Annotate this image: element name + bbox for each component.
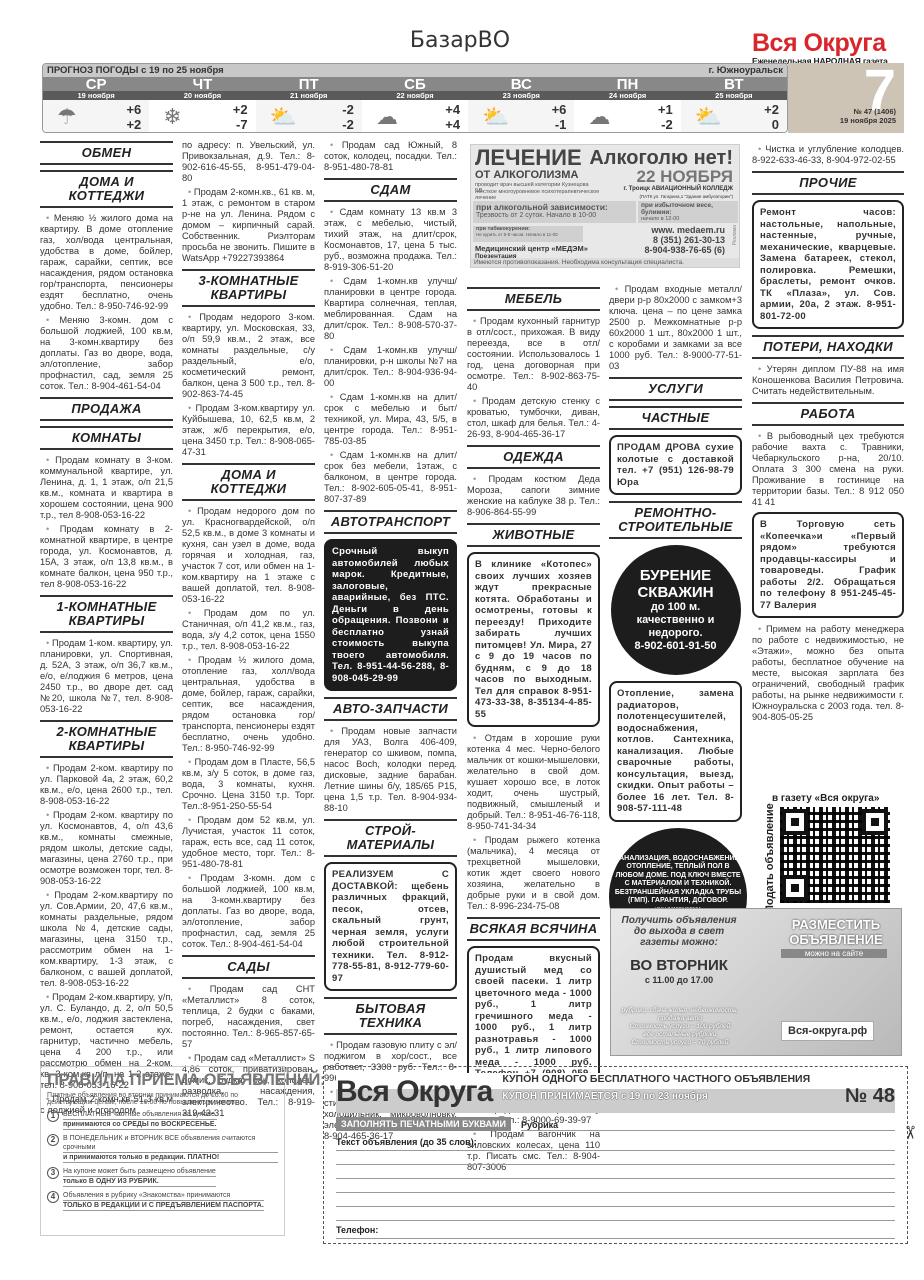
promo-prices: рубрики: сдача жилья, недвижимость, прод… xyxy=(615,1007,745,1047)
drilling-phone: 8-902-601-91-50 xyxy=(611,640,741,653)
weather-day: СБ 22 ноября ☁ +4+4 xyxy=(362,77,468,133)
date: 23 ноября xyxy=(468,91,574,100)
weather-day: ВТ 25 ноября ⛅ +20 xyxy=(681,77,787,133)
weather-day: ПН 24 ноября ☁ +1-2 xyxy=(574,77,680,133)
date: 25 ноября xyxy=(681,91,787,100)
brand-name: Вся Округа xyxy=(752,30,912,56)
rule-text: и принимаются только в редакции. ПЛАТНО! xyxy=(63,1153,278,1163)
classified-ad: Сдам 1-комн.кв улучш/планировки, р-н шко… xyxy=(324,345,457,389)
section-heading: ОБМЕН xyxy=(40,141,173,165)
column-2: по адресу: п. Увельский, ул. Привокзальн… xyxy=(182,140,315,1122)
smoking-text: Не курить от 6-8 часов. Начало в 11-00 xyxy=(476,232,580,237)
ad-box-vet-clinic: В клинике «Котопес» своих лучших хозяев … xyxy=(467,552,600,727)
weight-heading: при избыточном весе, булимии: xyxy=(641,202,735,216)
issue-number: № 47 (1406) xyxy=(788,107,896,116)
ad-box-heating: Отопление, замена радиаторов, полотенцес… xyxy=(609,681,742,822)
classified-ad: Продам сад Южный, 8 соток, колодец, поса… xyxy=(324,140,457,173)
weekday: ВС xyxy=(468,77,574,91)
section-heading: РЕМОНТНО-СТРОИТЕЛЬНЫЕ xyxy=(609,501,742,539)
ad-title: ЛЕЧЕНИЕ xyxy=(475,147,582,169)
section-heading: 2-КОМНАТНЫЕ КВАРТИРЫ xyxy=(40,720,173,758)
rule-text: принимаются со СРЕДЫ по ВОСКРЕСЕНЬЕ. xyxy=(63,1120,217,1130)
issue-date: 19 ноября 2025 xyxy=(788,116,896,125)
column-4: МЕБЕЛЬ Продам кухонный гарнитур в отл/со… xyxy=(467,282,600,1176)
rule-text: На купоне может быть размещено объявлени… xyxy=(63,1167,216,1177)
ad-rules-box: ПРАВИЛА ПРИЕМА ОБЪЯВЛЕНИЙ: Платные объяв… xyxy=(40,1066,285,1236)
temp-night: +4 xyxy=(445,117,460,132)
weather-day: ЧТ 20 ноября ❄ +2-7 xyxy=(149,77,255,133)
classified-ad: Продам детскую стенку с кроватью, тумбоч… xyxy=(467,396,600,440)
classified-ad: Продам дом по ул. Станичная, о/п 41,2 кв… xyxy=(182,608,315,652)
classified-ad: В рыбоводный цех требуются рабочие вахта… xyxy=(752,431,904,508)
weekday: СБ xyxy=(362,77,468,91)
classified-ad: Сдам комнату 13 кв.м 3 этаж, с мебелью, … xyxy=(324,207,457,273)
weather-day: СР 19 ноября ☂ +6+2 xyxy=(43,77,149,133)
promo-headline: РАЗМЕСТИТЬ ОБЪЯВЛЕНИЕ xyxy=(777,917,895,947)
weight-text: начало в 12-00 xyxy=(641,216,735,222)
qr-side-caption: Подать объявление xyxy=(764,801,776,913)
classified-ad: Продам рыжего котенка (мальчика), 4 меся… xyxy=(467,835,600,912)
promo-on-site: можно на сайте xyxy=(781,949,887,958)
alcohol-heading: при алкогольной зависимости: xyxy=(476,202,633,212)
promo-price-line: Стоимость услуги – 100 рублей xyxy=(615,1023,745,1031)
section-heading: ЧАСТНЫЕ xyxy=(609,406,742,430)
rules-intro: Платные объявления во вторник принимаютс… xyxy=(47,1092,278,1106)
section-heading: СДАМ xyxy=(324,178,457,202)
coupon-dates: КУПОН ПРИНИМАЕТСЯ с 19 по 23 ноября xyxy=(502,1091,707,1102)
column-6: Чистка и углубление колодцев. 8-922-633-… xyxy=(752,144,904,726)
plumbing-text: КАНАЛИЗАЦИЯ, ВОДОСНАБЖЕНИЕ, ОТОПЛЕНИЕ, Т… xyxy=(609,855,747,906)
ad-text-label: Текст объявления (до 35 слов): xyxy=(336,1137,477,1147)
classified-ad: Продам 1-ком. квартиру, ул. планировки, … xyxy=(40,638,173,715)
classified-ad: Продам 3-комн. дом с большой лоджией, 10… xyxy=(182,873,315,950)
phone-label: Телефон: xyxy=(336,1225,378,1235)
ad-mark: Реклама xyxy=(732,225,738,245)
rubric-label: Рубрика xyxy=(521,1120,558,1130)
date: 24 ноября xyxy=(574,91,680,100)
ad-box-firewood: ПРОДАМ ДРОВА сухие колотые с доставкой т… xyxy=(609,435,742,495)
section-heading: КОМНАТЫ xyxy=(40,426,173,450)
rule-text: ТОЛЬКО В РЕДАКЦИИ И С ПРЕДЪЯВЛЕНИЕМ ПАСП… xyxy=(63,1201,264,1211)
rule-number-icon: 3 xyxy=(47,1167,59,1179)
temp-day: +6 xyxy=(126,102,141,117)
classified-ad: Продам недорого 3-ком. квартиру, ул. Мос… xyxy=(182,312,315,400)
temp-day: +4 xyxy=(445,102,460,117)
cloud-rain-snow-icon: ❄ xyxy=(163,106,181,128)
classified-ad: Продам ½ жилого дома, отопление газ, хол… xyxy=(182,655,315,754)
ad-text-field[interactable]: Текст объявления (до 35 слов): xyxy=(336,1137,895,1151)
classified-ad: Продам кухонный гарнитур в отл/сост., пр… xyxy=(467,316,600,393)
free-ad-coupon[interactable]: Вся Округа КУПОН ОДНОГО БЕСПЛАТНОГО ЧАСТ… xyxy=(323,1066,908,1244)
section-heading: СТРОЙ-МАТЕРИАЛЫ xyxy=(324,819,457,857)
weekday: ПТ xyxy=(256,77,362,91)
weekday: СР xyxy=(43,77,149,91)
ad-subtitle: ОТ АЛКОГОЛИЗМА xyxy=(475,169,578,181)
classified-ad: Продам 2-ком. квартиру по ул. Космонавто… xyxy=(40,810,173,887)
temp-night: +2 xyxy=(126,117,141,132)
weather-forecast: ПРОГНОЗ ПОГОДЫ с 19 по 25 ноября г. Южно… xyxy=(42,63,788,133)
promo-price-line: все остальные рубрики xyxy=(615,1031,745,1039)
classified-ad: Отдам в хорошие руки котенка 4 мес. Черн… xyxy=(467,733,600,832)
coupon-title: КУПОН ОДНОГО БЕСПЛАТНОГО ЧАСТНОГО ОБЪЯВЛ… xyxy=(502,1073,895,1085)
section-heading: МЕБЕЛЬ xyxy=(467,287,600,311)
classified-ad: Примем на работу менеджера по работе с н… xyxy=(752,624,904,723)
section-heading: 1-КОМНАТНЫЕ КВАРТИРЫ xyxy=(40,595,173,633)
ad-box-car-buyout: Срочный выкуп автомобилей любых марок. К… xyxy=(324,539,457,691)
classified-ad: Меняю ½ жилого дома на квартиру. В доме … xyxy=(40,213,173,312)
promo-time: с 11.00 до 17.00 xyxy=(619,975,739,985)
classified-ad: Продам комнату в 2-комнатной квартире, в… xyxy=(40,524,173,590)
section-heading: САДЫ xyxy=(182,955,315,979)
ad-text-line[interactable] xyxy=(336,1179,895,1193)
ad-phone: 8-904-938-76-65 (6) xyxy=(644,245,725,255)
weekday: ВТ xyxy=(681,77,787,91)
drilling-text: до 100 м. качественно и недорого. xyxy=(611,601,741,640)
classified-ad: Продам дом в Пласте, 56,5 кв.м, з/у 5 со… xyxy=(182,757,315,812)
rule-item: 4 Объявления в рубрику «Знакомства» прин… xyxy=(47,1191,278,1211)
ad-phone: 8 (351) 261-30-13 xyxy=(644,235,725,245)
ad-continued: по адресу: п. Увельский, ул. Привокзальн… xyxy=(182,140,315,184)
ad-box-building-materials: РЕАЛИЗУЕМ С ДОСТАВКОЙ: щебень различных … xyxy=(324,862,457,991)
ad-box-job-stores: В Торговую сеть «Копеечка»и «Первый рядо… xyxy=(752,512,904,618)
ad-text-line[interactable] xyxy=(336,1207,895,1221)
qr-code-icon[interactable] xyxy=(780,807,890,903)
temp-night: -1 xyxy=(552,117,567,132)
ad-box-watch-repair: Ремонт часов: настольные, напольные, нас… xyxy=(752,200,904,329)
rule-text: БЕСПЛАТНЫЕ частные объявления на купоне xyxy=(63,1110,217,1120)
rule-item: 2 В ПОНЕДЕЛЬНИК и ВТОРНИК ВСЕ объявления… xyxy=(47,1134,278,1163)
qr-caption: в газету «Вся округа» xyxy=(772,793,879,804)
section-heading: ПРОЧИЕ xyxy=(752,171,904,195)
coupon-brand: Вся Округа xyxy=(336,1073,492,1111)
promo-day: ВО ВТОРНИК xyxy=(619,957,739,974)
weekday: ЧТ xyxy=(149,77,255,91)
temp-day: +2 xyxy=(764,102,779,117)
rule-text: В ПОНЕДЕЛЬНИК и ВТОРНИК ВСЕ объявления с… xyxy=(63,1134,278,1153)
weekday: ПН xyxy=(574,77,680,91)
temp-night: -2 xyxy=(342,117,354,132)
ad-site: www. medaem.ru xyxy=(644,225,725,235)
classified-ad: Сдам 1-комн.кв на длит/срок без мебели, … xyxy=(324,450,457,505)
cloudy-icon: ☁ xyxy=(588,106,610,128)
classified-ad: Продам 2-ком. квартиру по ул. Парковой 4… xyxy=(40,763,173,807)
weather-city: г. Южноуральск xyxy=(708,64,783,77)
partly-cloudy-icon: ⛅ xyxy=(270,106,297,128)
classified-ad: Продам 2-комн.кв., 61 кв. м, 1 этаж, с р… xyxy=(182,187,315,264)
ad-method: Жесткое многоуровневое психотерапевтичес… xyxy=(475,189,605,201)
promo-site-link[interactable]: Вся-округа.рф xyxy=(781,1021,874,1041)
classified-ad: Чистка и углубление колодцев. 8-922-633-… xyxy=(752,144,904,166)
ad-text-line[interactable] xyxy=(336,1151,895,1165)
phone-field[interactable]: Телефон: xyxy=(336,1225,895,1239)
classified-ad: Продам дом 52 кв.м, ул. Лучистая, участо… xyxy=(182,815,315,870)
promo-price-line: Стоимость услуги – 70 рублей xyxy=(615,1039,745,1047)
weather-day: ПТ 21 ноября ⛅ -2-2 xyxy=(256,77,362,133)
classified-ad: Продам новые запчасти для УАЗ, Волга 406… xyxy=(324,726,457,814)
weather-day: ВС 23 ноября ⛅ +6-1 xyxy=(468,77,574,133)
classified-ad: Продам комнату в 3-ком. коммунальной ква… xyxy=(40,455,173,521)
promo-text: Получить объявления до выхода в свет газ… xyxy=(619,915,739,948)
classified-ad: Продам 2-ком.квартиру по ул. Сов.Армии, … xyxy=(40,890,173,989)
ad-text-line[interactable] xyxy=(336,1165,895,1179)
classified-ad: Сдам 1-комн.кв на длит/срок с мебелью и … xyxy=(324,392,457,447)
date: 21 ноября xyxy=(256,91,362,100)
alcoholism-treatment-ad: ЛЕЧЕНИЕ ОТ АЛКОГОЛИЗМА проводит врач выс… xyxy=(470,144,740,268)
section-heading: ПОТЕРИ, НАХОДКИ xyxy=(752,335,904,359)
section-heading: ДОМА И КОТТЕДЖИ xyxy=(40,170,173,208)
alcohol-text: Трезвость от 2 суток. Начало в 10-00 xyxy=(476,212,633,219)
ad-place: г. Троицк АВИАЦИОННЫЙ КОЛЛЕДЖ xyxy=(623,186,733,192)
temp-day: +2 xyxy=(233,102,248,117)
rule-text: Объявления в рубрику «Знакомства» приним… xyxy=(63,1191,264,1201)
section-heading: ВСЯКАЯ ВСЯЧИНА xyxy=(467,917,600,941)
section-heading: АВТОТРАНСПОРТ xyxy=(324,510,457,534)
classified-ad: Продам 3-ком.квартиру ул. Куйбышева, 10,… xyxy=(182,403,315,458)
classified-ad: Продам костюм Деда Мороза, сапоги зимние… xyxy=(467,474,600,518)
qr-submit-ad[interactable]: в газету «Вся округа» Подать объявление xyxy=(752,793,904,905)
column-1: ОБМЕН ДОМА И КОТТЕДЖИ Меняю ½ жилого дом… xyxy=(40,136,173,1119)
temp-day: +1 xyxy=(658,102,673,117)
ad-text-line[interactable] xyxy=(336,1193,895,1207)
classified-ad: Меняю 3-комн. дом с большой лоджией, 100… xyxy=(40,315,173,392)
drilling-title: БУРЕНИЕ СКВАЖИН xyxy=(611,567,741,601)
cloudy-icon: ☁ xyxy=(376,106,398,128)
temp-day: +6 xyxy=(552,102,567,117)
rule-item: 1 БЕСПЛАТНЫЕ частные объявления на купон… xyxy=(47,1110,278,1130)
promo-price-line: рубрики: сдача жилья, недвижимость, прод… xyxy=(615,1007,745,1023)
section-heading: ЖИВОТНЫЕ xyxy=(467,523,600,547)
sun-cloud-rain-icon: ⛅ xyxy=(482,106,509,128)
smoking-block: при табакокурении: Не курить от 6-8 часо… xyxy=(473,226,583,242)
cloud-rain-icon: ☂ xyxy=(57,106,77,128)
ad-circle-drilling: БУРЕНИЕ СКВАЖИН до 100 м. качественно и … xyxy=(611,545,741,675)
partly-cloudy-icon: ⛅ xyxy=(695,106,722,128)
section-heading: ОДЕЖДА xyxy=(467,445,600,469)
alcohol-block: при алкогольной зависимости: Трезвость о… xyxy=(473,201,636,223)
section-heading: РАБОТА xyxy=(752,402,904,426)
rubric-field[interactable]: Рубрика xyxy=(521,1120,895,1131)
section-heading: АВТО-ЗАПЧАСТИ xyxy=(324,697,457,721)
ad-contacts: www. medaem.ru 8 (351) 261-30-13 8-904-9… xyxy=(644,225,725,255)
classified-ad: Сдам 1-комн.кв улучш/планировки в центре… xyxy=(324,276,457,342)
ad-date: 22 НОЯБРЯ xyxy=(637,167,733,187)
ad-place-address: (ПАТК ул. Гагарина,1 "Здание амбулатории… xyxy=(639,194,733,199)
date: 19 ноября xyxy=(43,91,149,100)
temp-day: -2 xyxy=(342,102,354,117)
temp-night: -2 xyxy=(658,117,673,132)
ad-center: Медицинский центр «МЕДЭМ» xyxy=(475,244,588,253)
fill-instruction: ЗАПОЛНЯТЬ ПЕЧАТНЫМИ БУКВАМИ xyxy=(336,1117,511,1131)
date: 22 ноября xyxy=(362,91,468,100)
classified-ad: Продам недорого дом по ул. Красногвардей… xyxy=(182,506,315,605)
classified-ad: Утерян диплом ПУ-88 на имя Коношенкова В… xyxy=(752,364,904,397)
date: 20 ноября xyxy=(149,91,255,100)
column-3: Продам сад Южный, 8 соток, колодец, поса… xyxy=(324,140,457,1145)
temp-night: 0 xyxy=(764,117,779,132)
section-heading: ПРОДАЖА xyxy=(40,397,173,421)
page-title: БазарВО xyxy=(360,28,560,53)
rule-item: 3 На купоне может быть размещено объявле… xyxy=(47,1167,278,1187)
section-heading: УСЛУГИ xyxy=(609,377,742,401)
rule-number-icon: 4 xyxy=(47,1191,59,1203)
temp-night: -7 xyxy=(233,117,248,132)
weight-block: при избыточном весе, булимии: начало в 1… xyxy=(638,201,738,223)
classified-ad: Продам сад СНТ «Металлист» 8 соток, тепл… xyxy=(182,984,315,1050)
rules-title: ПРАВИЛА ПРИЕМА ОБЪЯВЛЕНИЙ: xyxy=(47,1071,278,1090)
column-5: Продам входные металл/двери р-р 80х2000 … xyxy=(609,284,742,972)
section-heading: ДОМА И КОТТЕДЖИ xyxy=(182,463,315,501)
page-number-box: 7 № 47 (1406) 19 ноября 2025 xyxy=(788,63,904,133)
section-heading: БЫТОВАЯ ТЕХНИКА xyxy=(324,997,457,1035)
coupon-number: № 48 xyxy=(845,1085,895,1108)
section-heading: 3-КОМНАТНЫЕ КВАРТИРЫ xyxy=(182,269,315,307)
promo-banner: Получить объявления до выхода в свет газ… xyxy=(610,908,902,1056)
classified-ad: Продам входные металл/двери р-р 80х2000 … xyxy=(609,284,742,372)
scissors-icon: ✂ xyxy=(899,1125,920,1140)
rule-number-icon: 1 xyxy=(47,1110,59,1122)
ad-warning: Имеются противопоказания. Необходима кон… xyxy=(471,258,739,267)
rule-number-icon: 2 xyxy=(47,1134,59,1146)
rule-text: только В ОДНУ ИЗ РУБРИК. xyxy=(63,1177,216,1187)
